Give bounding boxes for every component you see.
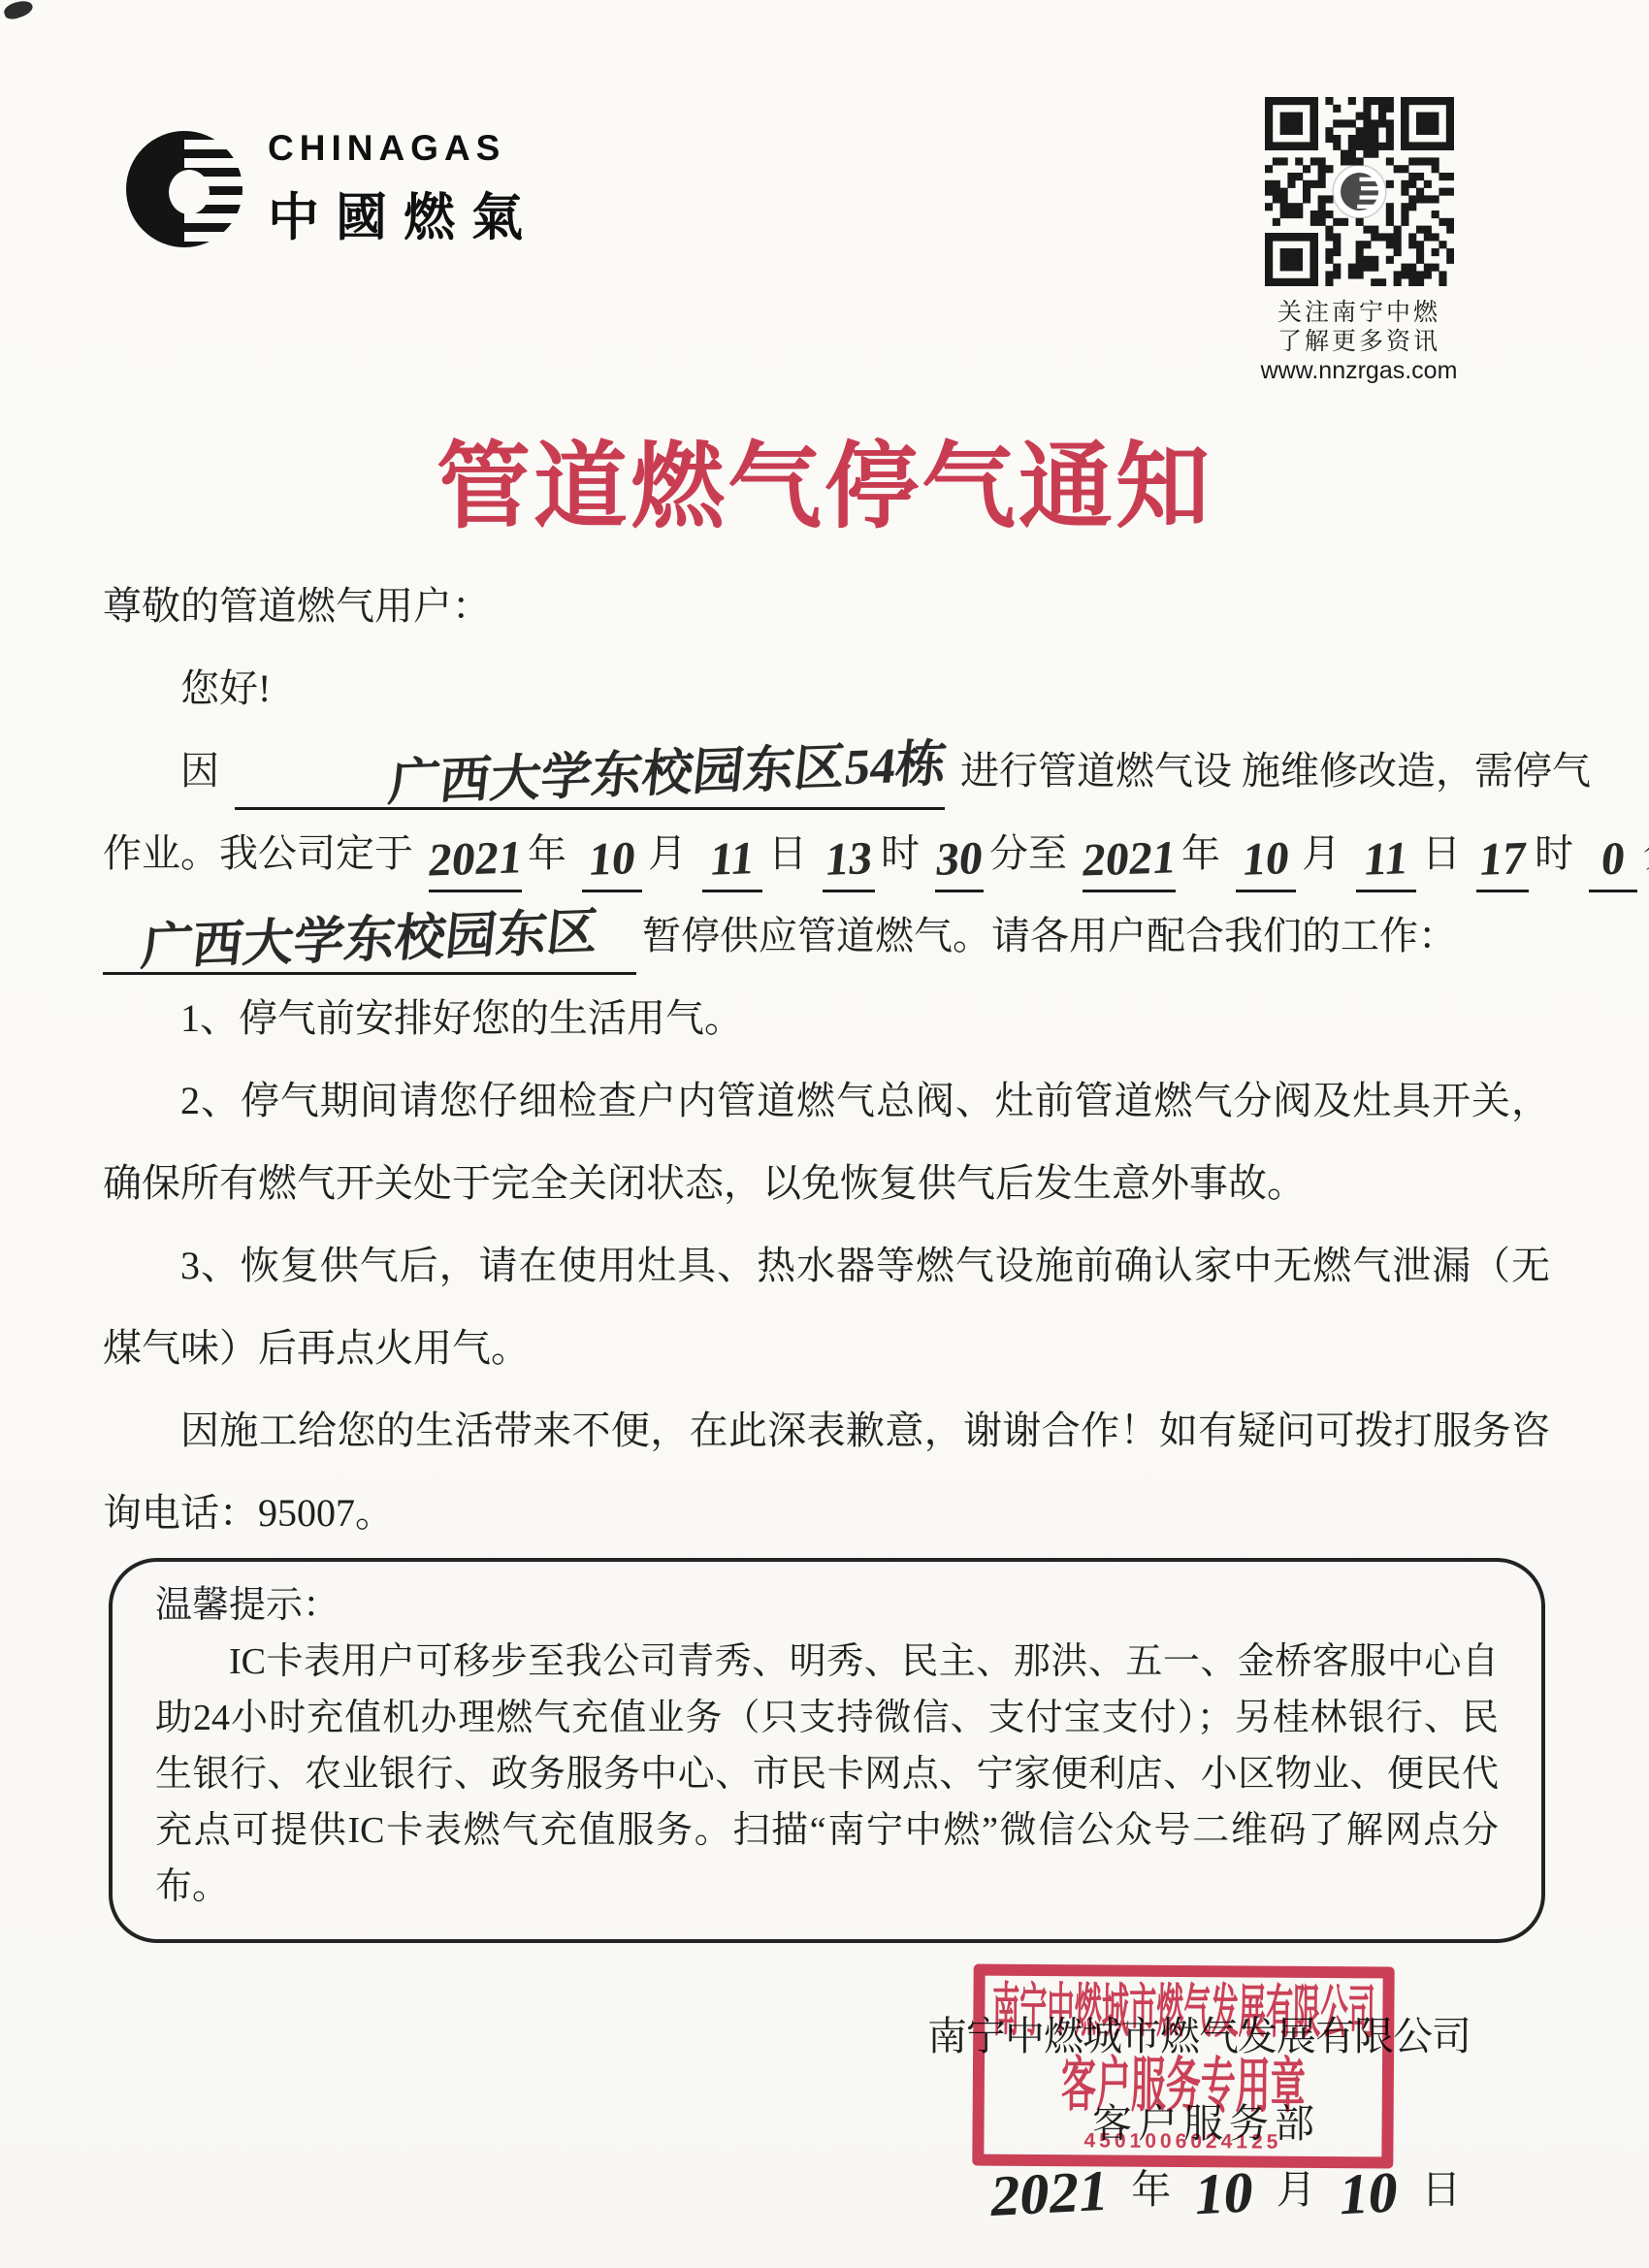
end-year-blank: 2021 [1083, 833, 1176, 892]
start-month-blank: 10 [582, 833, 642, 892]
start-hour-blank: 13 [823, 833, 875, 892]
end-minute-blank: 0 [1589, 833, 1637, 892]
item-2: 2、停气期间请您仔细检查户内管道燃气总阀、灶前管道燃气分阀及灶具开关，确保所有燃… [103, 1059, 1550, 1224]
wechat-qr-block: 关注南宁中燃 了解更多资讯 www.nnzrgas.com [1259, 97, 1459, 385]
scanned-notice-page: CHINAGAS 中國燃氣 [0, 0, 1649, 2268]
end-day-blank: 11 [1356, 833, 1416, 892]
until-text: 至 [1028, 831, 1067, 875]
notice-body: 尊敬的管道燃气用户： 您好! 因 广西大学东校园东区54栋 进行管道燃气设 施维… [103, 565, 1550, 1554]
handwritten-month: 10 [1191, 2162, 1257, 2223]
handwritten-year: 2021 [987, 2161, 1112, 2225]
reason-line: 因 广西大学东校园东区54栋 进行管道燃气设 施维修改造，需停气 [103, 729, 1550, 812]
tips-body: IC卡表用户可移步至我公司青秀、明秀、民主、那洪、五一、金桥客服中心自助24小时… [155, 1634, 1499, 1915]
qr-caption-url: www.nnzrgas.com [1259, 356, 1459, 385]
logo-brand-zh: 中國燃氣 [268, 177, 539, 250]
start-day-blank: 11 [702, 833, 762, 892]
qr-caption-line1: 关注南宁中燃 [1259, 298, 1459, 327]
schedule-line: 作业。我公司定于 2021年 10月 11日 13时 30分至 2021年 10… [103, 812, 1550, 894]
handwritten-day: 10 [1336, 2162, 1402, 2223]
end-month-blank: 10 [1236, 833, 1296, 892]
logo-brand-en: CHINAGAS [268, 128, 539, 169]
handwritten-location1: 广西大学东校园东区54栋 [308, 740, 949, 813]
end-hour-blank: 17 [1476, 833, 1529, 892]
scan-artifact-speck [2, 0, 34, 21]
seal-title-line: 客户服务专用章 [1061, 2055, 1306, 2120]
start-minute-blank: 30 [935, 833, 984, 892]
greeting: 您好! [103, 647, 1550, 729]
location1-blank: 广西大学东校园东区54栋 [235, 751, 945, 810]
schedule-prefix: 作业。我公司定于 [103, 831, 413, 875]
item-3: 3、恢复供气后，请在使用灶具、热水器等燃气设施前确认家中无燃气泄漏（无煤气味）后… [103, 1224, 1550, 1389]
qr-code [1265, 97, 1454, 286]
tips-box: 温馨提示： IC卡表用户可移步至我公司青秀、明秀、民主、那洪、五一、金桥客服中心… [109, 1558, 1545, 1943]
seal-number: 4501006024125 [1083, 2130, 1281, 2152]
handwritten-location2: 广西大学东校园东区 [139, 908, 600, 974]
reason-suffix: 进行管道燃气设 施维修改造，需停气 [960, 749, 1591, 793]
chinagas-logo: CHINAGAS 中國燃氣 [126, 128, 539, 250]
suspend-text: 暂停供应管道燃气。请各用户配合我们的工作： [642, 914, 1457, 957]
location2-blank: 广西大学东校园东区 [103, 916, 636, 975]
reason-prefix: 因 [180, 749, 219, 793]
qr-caption: 关注南宁中燃 了解更多资讯 www.nnzrgas.com [1259, 298, 1459, 385]
suspend-line: 广西大学东校园东区暂停供应管道燃气。请各用户配合我们的工作： [103, 894, 1550, 977]
closing-paragraph: 因施工给您的生活带来不便，在此深表歉意，谢谢合作！如有疑问可拨打服务咨询电话：9… [103, 1389, 1550, 1554]
seal-company-line: 南宁中燃城市燃气发展有限公司 [992, 1981, 1375, 2045]
notice-title: 管道燃气停气通知 [0, 410, 1649, 546]
company-seal: 南宁中燃城市燃气发展有限公司 客户服务专用章 4501006024125 [972, 1963, 1394, 2168]
salutation: 尊敬的管道燃气用户： [103, 565, 1550, 647]
chinagas-logo-icon [126, 131, 242, 247]
item-1: 1、停气前安排好您的生活用气。 [103, 977, 1550, 1059]
qr-caption-line2: 了解更多资讯 [1259, 327, 1459, 356]
tips-title: 温馨提示： [155, 1577, 1499, 1634]
start-year-blank: 2021 [429, 833, 522, 892]
qr-center-logo-icon [1333, 165, 1386, 218]
